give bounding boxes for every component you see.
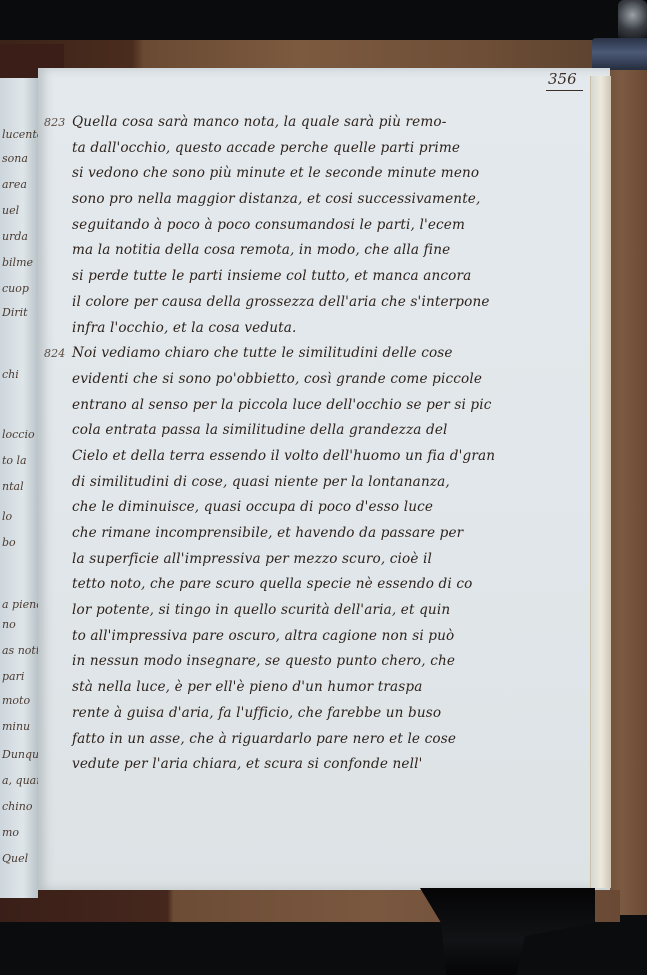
manuscript-text: 823Quella cosa sarà manco nota, la quale… [44, 110, 589, 778]
text-line: Cielo et della terra essendo il volto de… [44, 444, 589, 470]
text-line: si vedono che sono più minute et le seco… [44, 161, 589, 187]
text-line: tetto noto, che pare scuro quella specie… [44, 572, 589, 598]
left-fragment: area [2, 178, 27, 191]
left-fragment: mo [2, 826, 19, 839]
left-fragment: no [2, 618, 16, 631]
left-fragment: chino [2, 800, 32, 813]
paragraph-number: 824 [44, 341, 72, 367]
paragraph-number: 823 [44, 110, 72, 136]
text-line: sono pro nella maggior distanza, et cosi… [44, 187, 589, 213]
text-line: rente à guisa d'aria, fa l'ufficio, che … [44, 701, 589, 727]
left-fragment: chi [2, 368, 19, 381]
text-line: ta dall'occhio, questo accade perche que… [44, 136, 589, 162]
left-fragment: ntal [2, 480, 24, 493]
page-fore-edge [590, 76, 611, 888]
text-line: il colore per causa della grossezza dell… [44, 290, 589, 316]
text-line: lor potente, si tingo in quello scurità … [44, 598, 589, 624]
left-fragment: pari [2, 670, 24, 683]
left-fragment: urda [2, 230, 28, 243]
left-fragment: bilme [2, 256, 33, 269]
left-fragment: Dunque [2, 748, 38, 761]
left-fragment: Quel [2, 852, 28, 865]
text-line: 823Quella cosa sarà manco nota, la quale… [44, 110, 589, 136]
text-line: to all'impressiva pare oscuro, altra cag… [44, 624, 589, 650]
text-line: stà nella luce, è per ell'è pieno d'un h… [44, 675, 589, 701]
text-line: che rimane incomprensibile, et havendo d… [44, 521, 589, 547]
left-fragment: as notte [2, 644, 38, 657]
clamp-knob [618, 0, 647, 38]
left-fragment: loccio [2, 428, 35, 441]
text-line: di similitudini di cose, quasi niente pe… [44, 470, 589, 496]
left-fragment: cuop [2, 282, 29, 295]
left-fragment: a, quando [2, 774, 38, 787]
text-line: si perde tutte le parti insieme col tutt… [44, 264, 589, 290]
text-line: entrano al senso per la piccola luce del… [44, 393, 589, 419]
left-fragment: lucente [2, 128, 38, 141]
folio-number: 356 [546, 70, 583, 91]
book-weight [420, 888, 595, 975]
text-line: la superficie all'impressiva per mezzo s… [44, 547, 589, 573]
text-line: vedute per l'aria chiara, et scura si co… [44, 752, 589, 778]
left-fragment: lo [2, 510, 12, 523]
facing-page-left: lucente sona area uel urda bilme cuop Di… [0, 78, 38, 898]
left-fragment: minu [2, 720, 30, 733]
left-fragment: a pieno [2, 598, 38, 611]
left-fragment: to la [2, 454, 27, 467]
left-fragment: bo [2, 536, 16, 549]
text-line: evidenti che si sono po'obbietto, così g… [44, 367, 589, 393]
text-line: che le diminuisce, quasi occupa di poco … [44, 495, 589, 521]
left-fragment: sona [2, 152, 28, 165]
left-fragment: moto [2, 694, 30, 707]
text-line: cola entrata passa la similitudine della… [44, 418, 589, 444]
left-fragment: Dirit [2, 306, 28, 319]
text-line: 824Noi vediamo chiaro che tutte le simil… [44, 341, 589, 367]
text-line: infra l'occhio, et la cosa veduta. [44, 316, 589, 342]
text-line: seguitando à poco à poco consumandosi le… [44, 213, 589, 239]
text-line: fatto in un asse, che à riguardarlo pare… [44, 727, 589, 753]
text-line: ma la notitia della cosa remota, in modo… [44, 238, 589, 264]
text-line: in nessun modo insegnare, se questo punt… [44, 649, 589, 675]
left-fragment: uel [2, 204, 19, 217]
